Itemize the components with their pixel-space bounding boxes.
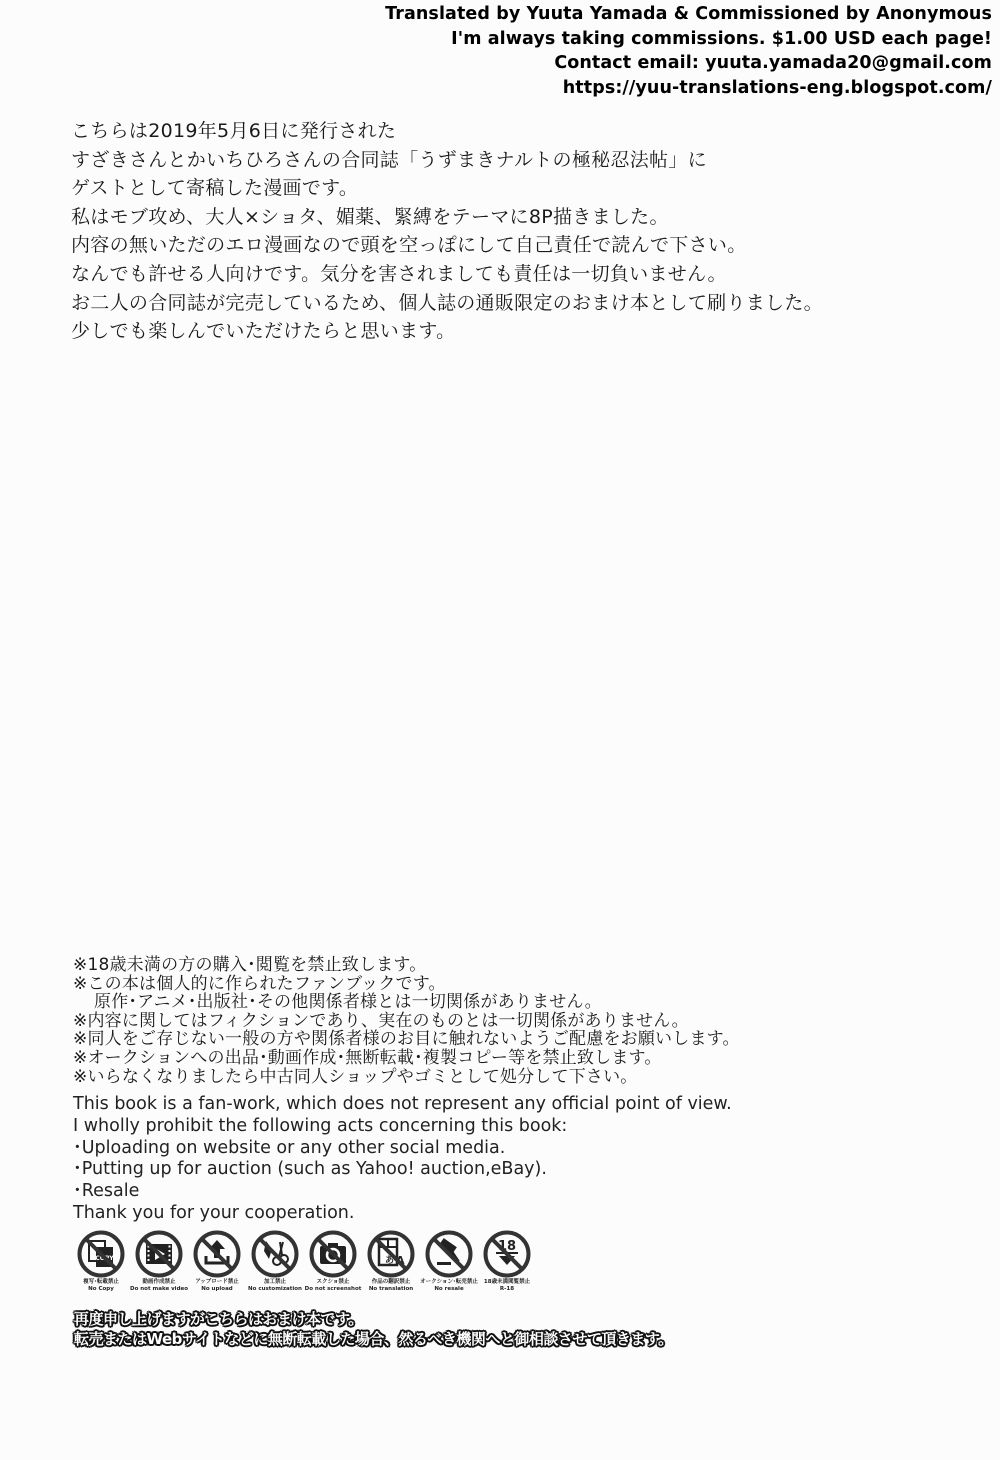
icon-cell: スクショ禁止 Do not screenshot	[306, 1229, 360, 1293]
notice-line: 原作･アニメ･出版社･その他関係者様とは一切関係がありません。	[73, 993, 740, 1012]
icon-cell: 動画作成禁止 Do not make video	[132, 1229, 186, 1293]
intro-line: なんでも許せる人向けです。気分を害されましても責任は一切負いません。	[71, 260, 823, 289]
credit-email-line: Contact email: yuuta.yamada20@gmail.com	[385, 51, 992, 76]
no-upload-icon	[192, 1229, 242, 1279]
intro-line: お二人の合同誌が完売しているため、個人誌の通販限定のおまけ本として刷りました。	[71, 289, 823, 318]
english-line: ･Putting up for auction (such as Yahoo! …	[73, 1159, 732, 1181]
notice-line: ※いらなくなりましたら中古同人ショップやゴミとして処分して下さい。	[73, 1068, 740, 1087]
credit-translator-line: Translated by Yuuta Yamada & Commissione…	[385, 2, 992, 27]
intro-line: ゲストとして寄稿した漫画です。	[71, 174, 823, 203]
intro-line: こちらは2019年5月6日に発行された	[71, 117, 823, 146]
closing-line: 再度申し上げますがこちらはおまけ本です。	[74, 1309, 673, 1329]
r18-icon: 18	[482, 1229, 532, 1279]
intro-line: すざきさんとかいちひろさんの合同誌「うずまきナルトの極秘忍法帖」に	[71, 146, 823, 175]
icon-label-en: No resale	[434, 1286, 463, 1293]
icon-label-jp: 複写･転載禁止	[83, 1279, 119, 1286]
intro-line: 私はモブ攻め、大人×ショタ、媚薬、緊縛をテーマに8P描きました。	[71, 203, 823, 232]
icon-label-en: Do not screenshot	[305, 1286, 362, 1293]
closing-line: 転売またはWebサイトなどに無断転載した場合、然るべき機関へと御相談させて頂きま…	[74, 1329, 673, 1349]
no-screenshot-icon	[308, 1229, 358, 1279]
english-line: Thank you for your cooperation.	[73, 1203, 732, 1225]
icon-label-jp: 18歳未満閲覧禁止	[484, 1279, 530, 1286]
icon-label-jp: スクショ禁止	[317, 1279, 350, 1286]
credit-url-line: https://yuu-translations-eng.blogspot.co…	[385, 76, 992, 101]
intro-line: 内容の無いただのエロ漫画なので頭を空っぽにして自己責任で読んで下さい。	[71, 231, 823, 260]
english-line: I wholly prohibit the following acts con…	[73, 1116, 732, 1138]
icon-label-jp: オークション･転売禁止	[420, 1279, 478, 1286]
icon-label-en: No customization	[248, 1286, 302, 1293]
english-notice: This book is a fan-work, which does not …	[73, 1094, 732, 1225]
english-line: This book is a fan-work, which does not …	[73, 1094, 732, 1116]
credit-commissions-line: I'm always taking commissions. $1.00 USD…	[385, 27, 992, 52]
prohibition-icons: COPY 複写･転載禁止 No Copy 動画作成禁止 Do not make …	[74, 1229, 534, 1293]
icon-cell: アップロード禁止 No upload	[190, 1229, 244, 1293]
icon-label-en: Do not make video	[130, 1286, 188, 1293]
no-copy-icon: COPY	[76, 1229, 126, 1279]
icon-cell: あ A 作品の翻訳禁止 No translation	[364, 1229, 418, 1293]
icon-label-jp: 加工禁止	[264, 1279, 286, 1286]
intro-paragraph: こちらは2019年5月6日に発行された すざきさんとかいちひろさんの合同誌「うず…	[71, 117, 823, 346]
notice-line: ※内容に関してはフィクションであり、実在のものとは一切関係がありません。	[73, 1012, 740, 1031]
icon-cell: COPY 複写･転載禁止 No Copy	[74, 1229, 128, 1293]
notice-line: ※この本は個人的に作られたファンブックです。	[73, 975, 740, 994]
notice-line: ※同人をご存じない一般の方や関係者様のお目に触れないようご配慮をお願いします。	[73, 1030, 740, 1049]
icon-label-en: No upload	[201, 1286, 232, 1293]
notice-list: ※18歳未満の方の購入･閲覧を禁止致します。 ※この本は個人的に作られたファンブ…	[73, 956, 740, 1086]
intro-line: 少しでも楽しんでいただけたらと思います。	[71, 317, 823, 346]
notice-line: ※18歳未満の方の購入･閲覧を禁止致します。	[73, 956, 740, 975]
translator-credit: Translated by Yuuta Yamada & Commissione…	[385, 2, 992, 100]
no-customization-icon	[250, 1229, 300, 1279]
icon-label-jp: 作品の翻訳禁止	[372, 1279, 411, 1286]
icon-label-en: No Copy	[88, 1286, 114, 1293]
english-line: ･Uploading on website or any other socia…	[73, 1138, 732, 1160]
english-line: ･Resale	[73, 1181, 732, 1203]
icon-cell: オークション･転売禁止 No resale	[422, 1229, 476, 1293]
icon-label-en: No translation	[369, 1286, 413, 1293]
no-translation-icon: あ A	[366, 1229, 416, 1279]
icon-label-en: R-18	[500, 1286, 514, 1293]
no-video-icon	[134, 1229, 184, 1279]
notice-line: ※オークションへの出品･動画作成･無断転載･複製コピー等を禁止致します。	[73, 1049, 740, 1068]
icon-cell: 加工禁止 No customization	[248, 1229, 302, 1293]
icon-label-jp: 動画作成禁止	[142, 1279, 175, 1286]
icon-label-jp: アップロード禁止	[195, 1279, 239, 1286]
closing-warning: 再度申し上げますがこちらはおまけ本です。 転売またはWebサイトなどに無断転載し…	[74, 1309, 673, 1349]
no-resale-icon	[424, 1229, 474, 1279]
icon-cell: 18 18歳未満閲覧禁止 R-18	[480, 1229, 534, 1293]
